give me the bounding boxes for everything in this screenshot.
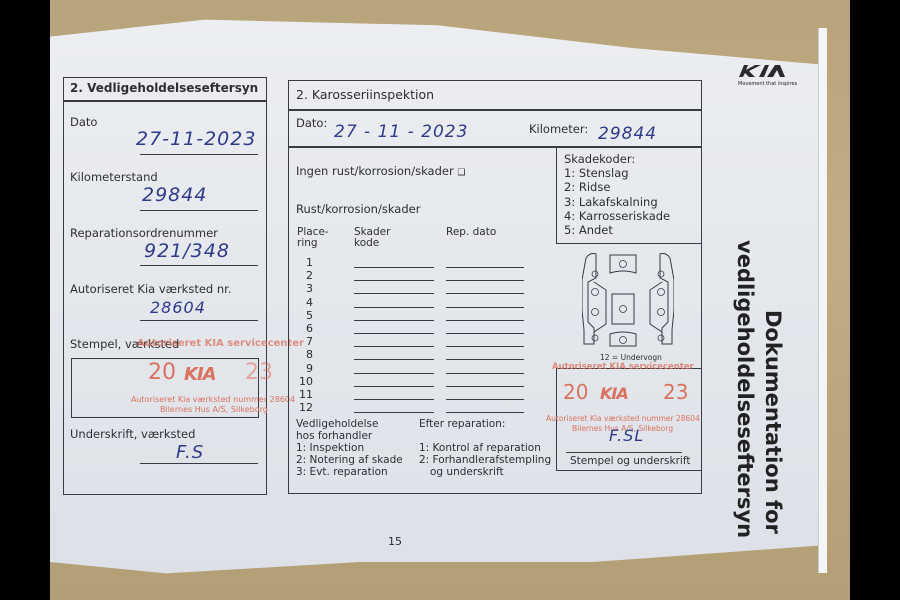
right-stamp-year-left: 20 xyxy=(563,380,588,404)
body-km-value: 29844 xyxy=(598,124,657,144)
row-number: 4 xyxy=(293,296,313,309)
body-title-divider xyxy=(288,109,702,111)
rep-dato-field[interactable] xyxy=(446,359,524,360)
right-stamp-year-right: 23 xyxy=(663,380,688,404)
side-title-line-2: vedligeholdelseseftersyn xyxy=(732,240,758,538)
after-item: og underskrift xyxy=(430,466,504,478)
order-value: 921/348 xyxy=(144,240,230,262)
row-number: 6 xyxy=(293,322,313,335)
date-label: Dato xyxy=(70,115,97,129)
body-title: 2. Karosseriinspektion xyxy=(296,87,434,102)
col-skader-2: kode xyxy=(354,237,379,249)
rep-dato-field[interactable] xyxy=(446,293,524,294)
date-value: 27-11-2023 xyxy=(136,128,256,150)
codes-title: Skadekoder: xyxy=(564,152,635,166)
rep-dato-field[interactable] xyxy=(446,412,524,413)
right-stamp-line-1: Autoriseret Kia værksted nummer 28604 xyxy=(546,414,700,423)
date-underline xyxy=(140,154,258,155)
skader-kode-field[interactable] xyxy=(354,373,434,374)
no-damage-checkbox[interactable]: ❑ xyxy=(457,168,465,178)
maint-item: 3: Evt. reparation xyxy=(296,466,388,478)
side-title: Dokumentation for vedligeholdelsesefters… xyxy=(732,258,786,538)
row-number: 2 xyxy=(293,269,313,282)
rep-dato-field[interactable] xyxy=(446,267,524,268)
skader-kode-field[interactable] xyxy=(354,333,434,334)
signature-underline xyxy=(140,463,258,464)
col-rep-dato: Rep. dato xyxy=(446,226,496,238)
side-title-line-1: Dokumentation for xyxy=(760,258,786,538)
after-title: Efter reparation: xyxy=(419,418,505,430)
diagram-caption: 12 = Undervogn xyxy=(600,353,662,362)
order-label: Reparationsordrenummer xyxy=(70,226,218,240)
stamp-kia-logo: KIA xyxy=(184,364,216,385)
rep-dato-field[interactable] xyxy=(446,333,524,334)
damage-code: 4: Karrosseriskade xyxy=(564,209,670,223)
row-number: 11 xyxy=(293,388,313,401)
order-underline xyxy=(140,265,258,266)
damage-code: 3: Lakafskalning xyxy=(564,195,658,209)
signature-label: Underskrift, værksted xyxy=(70,427,195,441)
kia-logo-icon xyxy=(737,64,793,78)
workshop-underline xyxy=(140,320,258,321)
page-number: 15 xyxy=(388,535,402,548)
skader-kode-field[interactable] xyxy=(354,359,434,360)
maint-title-1: Vedligeholdelse xyxy=(296,418,378,430)
workshop-value: 28604 xyxy=(150,298,206,317)
page-edge xyxy=(818,28,827,573)
rep-dato-field[interactable] xyxy=(446,386,524,387)
damage-code: 2: Ridse xyxy=(564,180,610,194)
rep-dato-field[interactable] xyxy=(446,346,524,347)
row-number: 8 xyxy=(293,348,313,361)
workshop-label: Autoriseret Kia værksted nr. xyxy=(70,282,231,296)
row-number: 7 xyxy=(293,335,313,348)
rep-dato-field[interactable] xyxy=(446,399,524,400)
row-number: 1 xyxy=(293,256,313,269)
stamp-line-1: Autoriseret Kia værksted nummer 28604 xyxy=(131,395,295,404)
signature-value: F.S xyxy=(176,442,204,463)
skader-kode-field[interactable] xyxy=(354,320,434,321)
row-number: 9 xyxy=(293,362,313,375)
damage-code: 1: Stenslag xyxy=(564,166,629,180)
maint-title-2: hos forhandler xyxy=(296,430,372,442)
maint-item: 2: Notering af skade xyxy=(296,454,403,466)
stamp-year-left: 20 xyxy=(148,360,176,385)
skader-kode-field[interactable] xyxy=(354,412,434,413)
kia-tagline: Movement that inspires xyxy=(738,81,797,87)
after-item: 2: Forhandlerafstempling xyxy=(419,454,551,466)
row-number: 5 xyxy=(293,309,313,322)
rep-dato-field[interactable] xyxy=(446,373,524,374)
damage-label: Rust/korrosion/skader xyxy=(296,202,420,216)
right-stamp-kia-logo: KIA xyxy=(600,384,628,403)
skader-kode-field[interactable] xyxy=(354,267,434,268)
damage-code: 5: Andet xyxy=(564,223,613,237)
row-number: 3 xyxy=(293,282,313,295)
km-label: Kilometerstand xyxy=(70,170,158,184)
maintenance-title: 2. Vedligeholdelseseftersyn xyxy=(70,81,258,95)
right-signature-value: F.SL xyxy=(609,426,644,445)
stamp-top-text: Autoriseret KIA servicecenter xyxy=(137,338,304,349)
col-placering-2: ring xyxy=(297,237,318,249)
row-number: 12 xyxy=(293,401,313,414)
row-number: 10 xyxy=(293,375,313,388)
skader-kode-field[interactable] xyxy=(354,307,434,308)
stamp-signature-label: Stempel og underskrift xyxy=(570,455,690,467)
skader-kode-field[interactable] xyxy=(354,386,434,387)
skader-kode-field[interactable] xyxy=(354,280,434,281)
right-stamp-top-text: Autoriseret KIA servicecenter xyxy=(552,362,694,372)
body-km-label: Kilometer: xyxy=(529,122,588,136)
km-underline xyxy=(140,210,258,211)
body-date-value: 27 - 11 - 2023 xyxy=(334,122,468,142)
rep-dato-field[interactable] xyxy=(446,307,524,308)
rep-dato-field[interactable] xyxy=(446,320,524,321)
skader-kode-field[interactable] xyxy=(354,293,434,294)
maint-item: 1: Inspektion xyxy=(296,442,364,454)
after-item: 1: Kontrol af reparation xyxy=(419,442,541,454)
body-date-label: Dato: xyxy=(296,116,327,130)
no-damage-label: Ingen rust/korrosion/skader ❑ xyxy=(296,164,465,178)
right-signature-underline xyxy=(566,452,682,453)
skader-kode-field[interactable] xyxy=(354,399,434,400)
stamp-line-2: Bilernes Hus A/S, Silkeborg xyxy=(160,405,268,414)
stamp-year-right: 23 xyxy=(245,360,273,385)
rep-dato-field[interactable] xyxy=(446,280,524,281)
km-value: 29844 xyxy=(142,184,207,206)
skader-kode-field[interactable] xyxy=(354,346,434,347)
maintenance-title-divider xyxy=(63,100,267,102)
car-diagram-icon xyxy=(582,252,674,352)
